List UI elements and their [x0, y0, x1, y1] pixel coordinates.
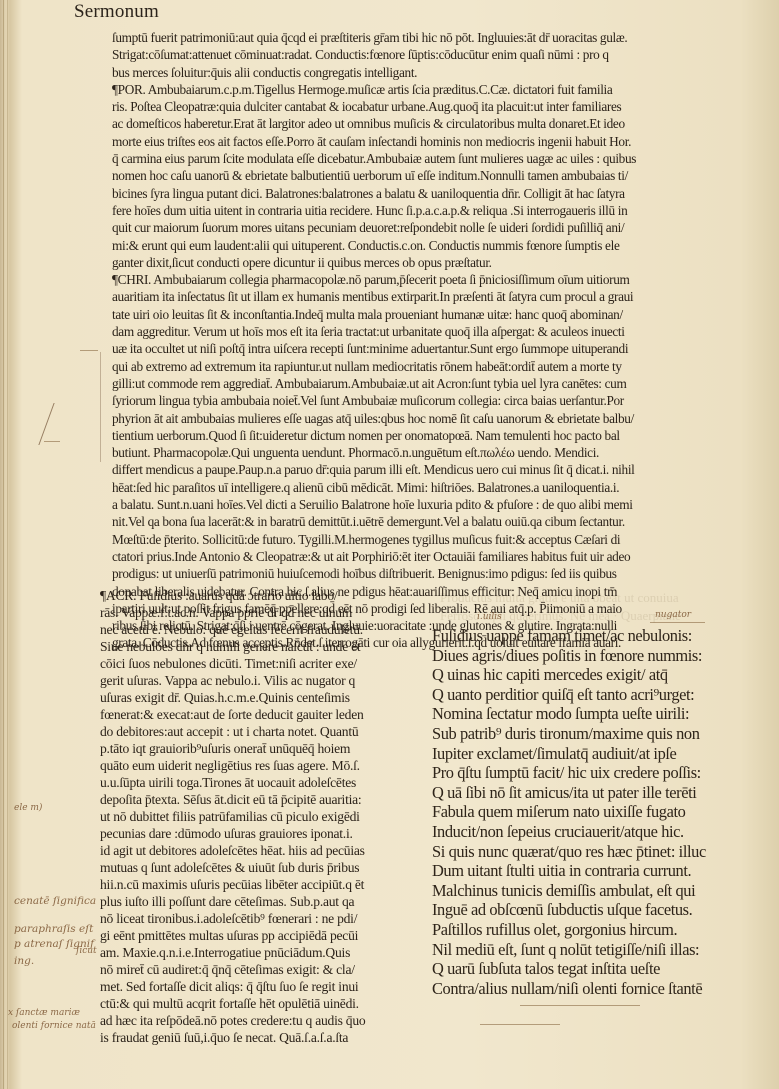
- ink-underline: [520, 1005, 640, 1006]
- text-line: uæ ita occultet ut niſi poſtq̄ intra uiſ…: [112, 340, 767, 357]
- marginal-note: olenti fornice natā: [12, 1021, 96, 1031]
- text-line: p.tāto iqt grauiorib⁹uſuris onerat̄ unūq…: [100, 740, 430, 757]
- text-line: Mœſtū:de p̄terito. Sollicitū:de futuro. …: [112, 531, 767, 548]
- ink-stroke: [650, 622, 705, 623]
- text-line: tate uiri oio leuitas ſit & inconſtantia…: [112, 306, 767, 323]
- text-line: ¶POR. Ambubaiarum.c.p.m.Tigellus Hermoge…: [112, 81, 767, 98]
- book-page: Sermonum Productus multa gratia e uita o…: [0, 0, 779, 1089]
- text-line: bicines ſyra lingua putant dici. Balatro…: [112, 185, 767, 202]
- text-line: quit cur maiorum ſuorum mores uitans pec…: [112, 219, 767, 236]
- text-line: fere hoīes dum uitia uitent in contraria…: [112, 202, 767, 219]
- marginal-note: ele m): [14, 803, 42, 813]
- margin-bracket-mark: [100, 352, 101, 462]
- text-line: Contra/alius nullam/niſi olenti fornice …: [432, 979, 777, 999]
- verse-text-column: Fuſidius uappe famam timet/ac nebulonis:…: [432, 626, 777, 998]
- text-line: fœnerat:& execat:aut de ſorte deducit ga…: [100, 706, 430, 723]
- text-line: pecunias dare :dūmodo uſuras grauiores i…: [100, 825, 430, 842]
- text-line: do debitores:aut accepit : ut i charta n…: [100, 723, 430, 740]
- text-line: q̄ carmina eius parum ſcite modulata eſſ…: [112, 150, 767, 167]
- interlinear-note: i.uilis: [477, 612, 502, 622]
- text-line: mutuas q ſunt adoleſcētes & uiuūt ſub du…: [100, 859, 430, 876]
- marginal-note: x ſanctæ mariæ: [8, 1008, 80, 1018]
- text-line: Sub patrib⁹ duris tironum/maxime quis no…: [432, 724, 777, 744]
- text-line: nomen hoc caſu uanorū & ebrietate balbut…: [112, 167, 767, 184]
- lower-commentary: ¶ACR. Fuſidius :auarus qdā ɔtrario uitio…: [100, 587, 430, 1046]
- binding-gutter-line: [3, 0, 4, 1089]
- text-line: am. Maxie.q.n.i.e.Interrogatiue pnūciādu…: [100, 944, 430, 961]
- marginal-note: cenatē ſignifica: [14, 895, 96, 907]
- text-line: a balatu. Sunt.n.uani hoīes.Vel dicti a …: [112, 496, 767, 513]
- marginal-note: paraphraſis eſt: [14, 923, 93, 935]
- text-line: nec acetū ē. Nebulo: quē egeſtas fecerit…: [100, 621, 430, 638]
- text-line: Nomina ſectatur modo ſumpta ueſte uirili…: [432, 704, 777, 724]
- text-line: Iupiter exclamet/ſimulatq̄ audiuit/at ip…: [432, 744, 777, 764]
- text-line: u.u.ſūpta uirili toga.Tirones āt uocauit…: [100, 774, 430, 791]
- text-line: ganter dixit,ſicut conducti opere dicunt…: [112, 254, 767, 271]
- text-line: nō liceat tironibus.i.adoleſcētib⁹ fœner…: [100, 910, 430, 927]
- text-line: ut nō dubittet filiis patrūfamilias cū p…: [100, 808, 430, 825]
- text-line: hii.n.cū maximis uſuris pecūias libēter …: [100, 876, 430, 893]
- text-line: butiunt. Pharmacopolæ.Qui unguenta uendu…: [112, 444, 767, 461]
- text-line: differt mendicus a paupe.Paup.n.a paruo …: [112, 461, 767, 478]
- margin-bracket-mark: [80, 350, 98, 351]
- text-line: ſyriorum lingua tybia ambubaia noiet̄.Ve…: [112, 392, 767, 409]
- text-line: Paſtillos rufillus olet, gorgonius hircu…: [432, 920, 777, 940]
- text-line: Inducit/non ſepeius cruciauerit/atque hi…: [432, 822, 777, 842]
- text-line: depoſita p̄texta. Sēſus āt.dicit eū tā p…: [100, 791, 430, 808]
- text-line: ſumptū fuerit patrimoniū:aut quia q̄cqd …: [112, 29, 767, 46]
- text-line: hēat:ſed hic paraſitos uī intelligere.q …: [112, 479, 767, 496]
- text-line: Q uā ſibi nō ſit amicus/ita ut pater ill…: [432, 783, 777, 803]
- text-line: Inguē ad obſcœnū ſubductis uſque facetus…: [432, 900, 777, 920]
- text-line: ¶ACR. Fuſidius :auarus qdā ɔtrario uitio…: [100, 587, 430, 604]
- ink-underline: [480, 1024, 560, 1025]
- text-line: Diues agris/diues poſitis in fœnore numm…: [432, 646, 777, 666]
- margin-bracket-mark: [44, 441, 60, 442]
- text-line: quāto eum uiderit negligētius res ſuas a…: [100, 757, 430, 774]
- text-line: Pro q̄ſtu ſumptū facit/ hic uix credere …: [432, 763, 777, 783]
- text-line: Q uinas hic capiti mercedes exigit/ atq̄: [432, 665, 777, 685]
- text-line: mi:& erunt qui eum laudent:alii qui uitu…: [112, 237, 767, 254]
- text-line: dam aggreditur. Verum ut hoīs mos eſt it…: [112, 323, 767, 340]
- text-line: id agit ut debitores adoleſcētes hēat. h…: [100, 842, 430, 859]
- text-line: phyrion āt ait ambubaias mulieres eſſe u…: [112, 410, 767, 427]
- text-line: ctatori prius.Inde Antonio & Cleopatræ:&…: [112, 548, 767, 565]
- text-line: Strigat:cōſumat:attenuet cōminuat:radat.…: [112, 46, 767, 63]
- text-line: ctū:& qui multū acqrit fortaſſe hēt opul…: [100, 995, 430, 1012]
- text-line: ¶CHRI. Ambubaiarum collegia pharmacopolæ…: [112, 271, 767, 288]
- text-line: uſuras exigit dr̄. Quias.h.c.m.e.Quinis …: [100, 689, 430, 706]
- marginal-note: ing.: [14, 955, 34, 967]
- text-line: gi eēnt pmittētes multas uſuras pp accip…: [100, 927, 430, 944]
- text-line: nō miret̄ cū audiret:q̄ q̄nq̄ cēteſimas …: [100, 961, 430, 978]
- top-commentary: ſumptū fuerit patrimoniū:aut quia q̄cqd …: [112, 29, 767, 652]
- text-line: ad hæc ita reſpōdeā.nō potes credere:tu …: [100, 1012, 430, 1029]
- text-line: plus iuſto illi poſſunt dare cēteſimas. …: [100, 893, 430, 910]
- text-line: gilli:ut commode rem aggrediat̄. Ambubai…: [112, 375, 767, 392]
- marginal-note: ſicut: [76, 946, 97, 956]
- text-line: qui ab extremo ad extremum ita rapiuntur…: [112, 358, 767, 375]
- text-line: rās. Vappæ.f.t.ac.n. Vappa pprie dr̄ qd̄…: [100, 604, 430, 621]
- text-line: Q uanto perditior quiſq̄ eſt tanto acri⁹…: [432, 685, 777, 705]
- binding-gutter-line: [7, 0, 8, 1089]
- text-line: Q uarū ſubſuta talos tegat inſtita ueſte: [432, 959, 777, 979]
- text-line: Siue nebulōes dn̄r q humili genere naſcū…: [100, 638, 430, 655]
- margin-bracket-mark: [38, 403, 54, 445]
- interlinear-note: nugator: [655, 610, 691, 620]
- text-line: tientium uerborum.Quod ſi ſit:uideretur …: [112, 427, 767, 444]
- text-line: morte eius triſtes eos ait factos eſſe.P…: [112, 133, 767, 150]
- text-line: ris. Poſtea Cleopatræ:quia dulciter cant…: [112, 98, 767, 115]
- text-line: Fuſidius uappe famam timet/ac nebulonis:: [432, 626, 777, 646]
- text-line: prodigus: ut uniuerſū patrimoniū huiuſce…: [112, 565, 767, 582]
- text-line: Malchinus tunicis demiſſis ambulat, eſt …: [432, 881, 777, 901]
- text-line: Nil mediū eſt, ſunt q nolūt tetigiſſe/ni…: [432, 940, 777, 960]
- text-line: is fraudat geniū ſuū,i.q̄uo ſe necat. Qu…: [100, 1029, 430, 1046]
- text-line: Si quis nunc quærat/quo res hæc p̄tinet:…: [432, 842, 777, 862]
- text-line: Fabula quem miſerum nato uixiſſe fugato: [432, 802, 777, 822]
- text-line: bus merces ſoluitur:q̄uis alii conductis…: [112, 64, 767, 81]
- text-line: cōici ſuos nebulones dicūti. Timet:niſi …: [100, 655, 430, 672]
- text-line: auaritiam ita inſectatus ſit ut illam ex…: [112, 288, 767, 305]
- text-line: Dum uitant ſtulti uitia in contraria cur…: [432, 861, 777, 881]
- text-line: ac domeſticos haberetur.Erat āt largitor…: [112, 115, 767, 132]
- text-line: nit.Vel qa bona ſua lacerāt:& in baratrū…: [112, 513, 767, 530]
- text-line: met. Sed fortaſſe dicit aliqs: q̄ q̄ſtu …: [100, 978, 430, 995]
- running-head: Sermonum: [74, 1, 159, 23]
- text-line: gerit uſuras. Vappa ac nebulo.i. Vilis a…: [100, 672, 430, 689]
